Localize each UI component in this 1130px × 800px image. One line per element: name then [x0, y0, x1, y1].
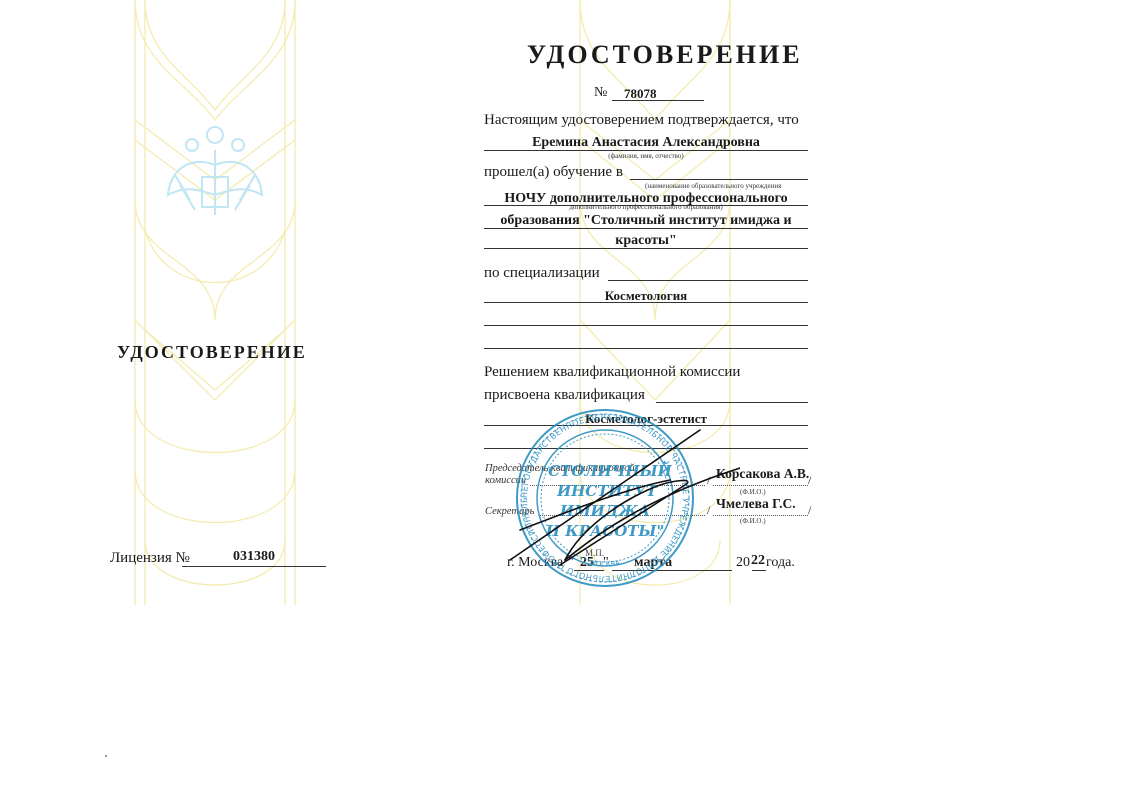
year-underline	[752, 570, 766, 571]
specialization-underline-1	[608, 280, 808, 281]
license-number-underline	[182, 566, 326, 567]
trained-label: прошел(а) обучение в	[484, 164, 623, 181]
certificate-number: 78078	[624, 86, 657, 102]
institution-hint-1: (наименование образовательного учреждени…	[645, 182, 781, 190]
license-label: Лицензия №	[110, 550, 190, 567]
left-panel-title: УДОСТОВЕРЕНИЕ	[117, 342, 307, 363]
blank-underline-1	[484, 325, 808, 326]
trained-underline	[630, 179, 808, 180]
blank-underline-2	[484, 348, 808, 349]
license-number: 031380	[182, 549, 326, 565]
confirm-text: Настоящим удостоверением подтверждается,…	[484, 112, 799, 129]
scan-speck	[105, 755, 107, 757]
institution-hint-2: дополнительного профессионального образо…	[484, 203, 808, 211]
specialization-label: по специализации	[484, 265, 600, 282]
chairman-fio-hint: (Ф.И.О.)	[740, 488, 766, 496]
commission-text: Решением квалификационной комиссии	[484, 364, 740, 381]
qualification-underline-1	[656, 402, 808, 403]
certificate-title: УДОСТОВЕРЕНИЕ	[527, 40, 803, 70]
left-guilloche-pattern	[125, 0, 305, 610]
year-word: года.	[766, 555, 795, 571]
secretary-fio-hint: (Ф.И.О.)	[740, 517, 766, 525]
coat-of-arms-icon	[160, 115, 270, 225]
full-name-hint: (фамилия, имя, отчество)	[484, 152, 808, 160]
signature-strokes	[500, 420, 740, 570]
secretary-slash-2: /	[808, 503, 811, 518]
certificate-number-label: №	[594, 85, 607, 101]
chairman-slash-2: /	[808, 473, 811, 488]
institution-line-2: образования "Столичный институт имиджа и	[484, 213, 808, 229]
qualification-label: присвоена квалификация	[484, 387, 645, 404]
institution-line-3: красоты"	[484, 233, 808, 249]
full-name: Еремина Анастасия Александровна	[484, 135, 808, 151]
specialization-value: Косметология	[484, 288, 808, 304]
year-suffix: 22	[751, 553, 765, 569]
